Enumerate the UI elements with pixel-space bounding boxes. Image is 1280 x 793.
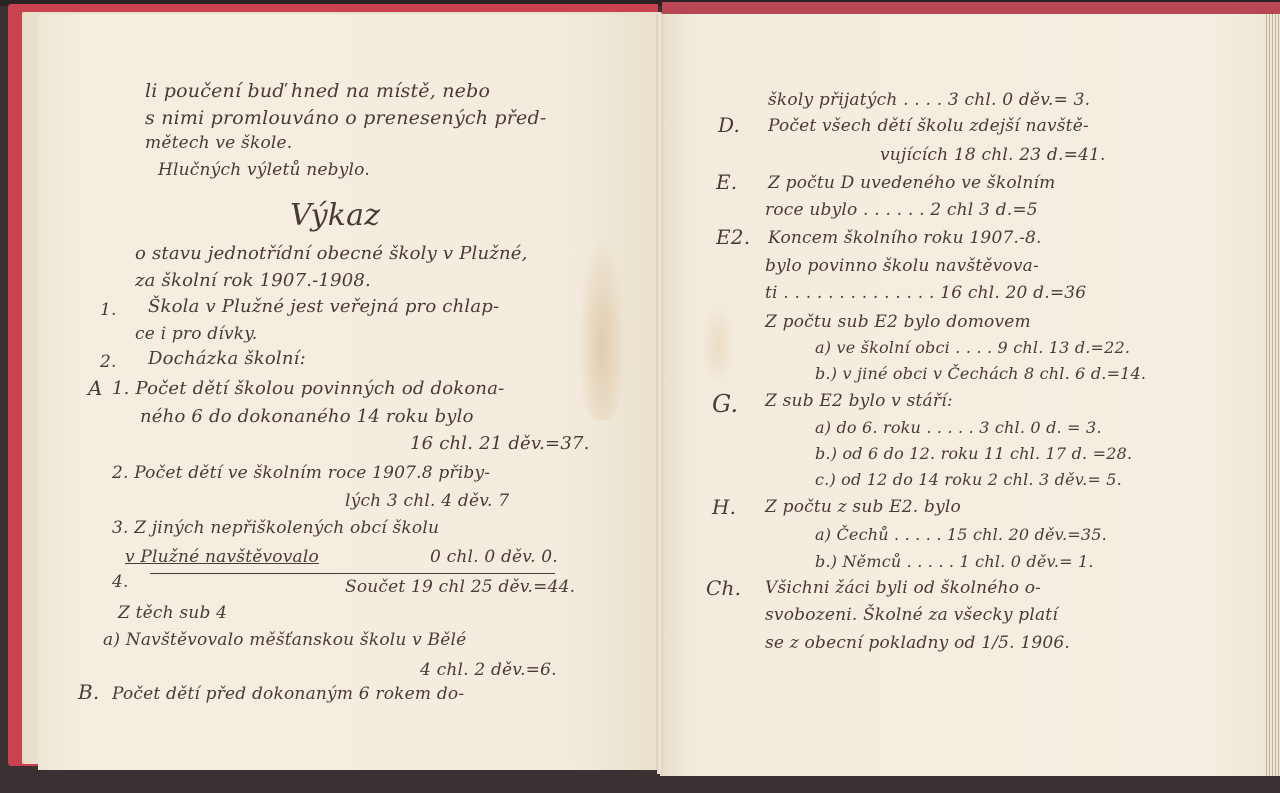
text-line: ce i pro dívky. [135,324,257,344]
text-line: 3. Z jiných nepřiškolených obcí školu [112,518,439,538]
text-line: za školní rok 1907.-1908. [135,270,371,291]
count-value: b.) od 6 do 12. roku 11 chl. 17 d. =28. [815,444,1132,463]
sum-rule [150,573,555,574]
count-value: c.) od 12 do 14 roku 2 chl. 3 děv.= 5. [815,470,1122,489]
text-line: Z těch sub 4 [118,603,227,623]
text-line: Z sub E2 bylo v stáří: [765,391,953,411]
text-line: o stavu jednotřídní obecné školy v Plužn… [135,243,528,264]
text-line: li poučení buď hned na místě, nebo [145,80,490,102]
text-line: Počet všech dětí školu zdejší navště- [768,116,1089,136]
text-line: Z počtu D uvedeného ve školním [768,173,1056,193]
text-line: Z počtu z sub E2. bylo [765,497,961,517]
text-line: Hlučných výletů nebylo. [158,160,370,180]
water-stain [578,235,626,420]
text-line: Škola v Plužné jest veřejná pro chlap- [148,296,499,317]
section-marker: D. [718,113,740,137]
count-value: a) do 6. roku . . . . . 3 chl. 0 d. = 3. [815,418,1102,437]
count-value: roce ubylo . . . . . . 2 chl 3 d.=5 [765,200,1038,220]
text-line: Docházka školní: [148,348,306,369]
section-marker: Ch. [706,576,741,600]
text-line: Počet dětí před dokonaným 6 rokem do- [112,684,464,704]
text-line: Z počtu sub E2 bylo domovem [765,312,1031,332]
sum-value: Součet 19 chl 25 děv.=44. [345,577,575,597]
section-marker: H. [712,495,736,519]
text-line: ného 6 do dokonaného 14 roku bylo [140,406,474,427]
section-marker: A [88,376,103,400]
item-number: 2. [100,352,117,372]
count-value: ti . . . . . . . . . . . . . . 16 chl. 2… [765,283,1086,303]
count-value: 0 chl. 0 děv. 0. [430,547,558,567]
text-line: 1. Počet dětí školou povinných od dokona… [112,378,504,399]
text-line: se z obecní pokladny od 1/5. 1906. [765,633,1070,653]
count-value: lých 3 chl. 4 děv. 7 [345,491,509,511]
count-value: a) Čechů . . . . . 15 chl. 20 děv.=35. [815,525,1107,544]
text-line: bylo povinno školu navštěvova- [765,256,1039,276]
text-line: školy přijatých . . . . 3 chl. 0 děv.= 3… [768,90,1090,110]
section-title: Výkaz [290,198,380,233]
text-line: v Plužné navštěvovalo [125,547,319,567]
section-marker: E2. [716,225,750,249]
section-marker: B. [78,680,99,704]
count-value: b.) Němců . . . . . 1 chl. 0 děv.= 1. [815,552,1094,571]
section-marker: G. [712,390,738,418]
text-line: 2. Počet dětí ve školním roce 1907.8 při… [112,463,490,483]
text-line: s nimi promlouváno o prenesených před- [145,107,546,129]
count-value: 16 chl. 21 děv.=37. [410,433,590,454]
text-line: Všichni žáci byli od školného o- [765,578,1041,598]
book-spine [657,14,663,774]
count-value: b.) v jiné obci v Čechách 8 chl. 6 d.=14… [815,364,1146,383]
page-edges-right [1264,14,1280,776]
water-stain-2 [700,300,736,390]
text-line: a) Navštěvovalo měšťanskou školu v Bělé [103,630,466,650]
count-value: a) ve školní obci . . . . 9 chl. 13 d.=2… [815,338,1130,357]
text-line: svobozeni. Školné za všecky platí [765,605,1058,625]
count-value: 4 chl. 2 děv.=6. [420,660,557,680]
count-value: vujících 18 chl. 23 d.=41. [880,145,1106,165]
section-marker: E. [716,170,737,194]
item-number: 4. [112,572,129,592]
item-number: 1. [100,300,117,320]
text-line: Koncem školního roku 1907.-8. [768,228,1042,248]
text-line: mětech ve škole. [145,133,292,153]
